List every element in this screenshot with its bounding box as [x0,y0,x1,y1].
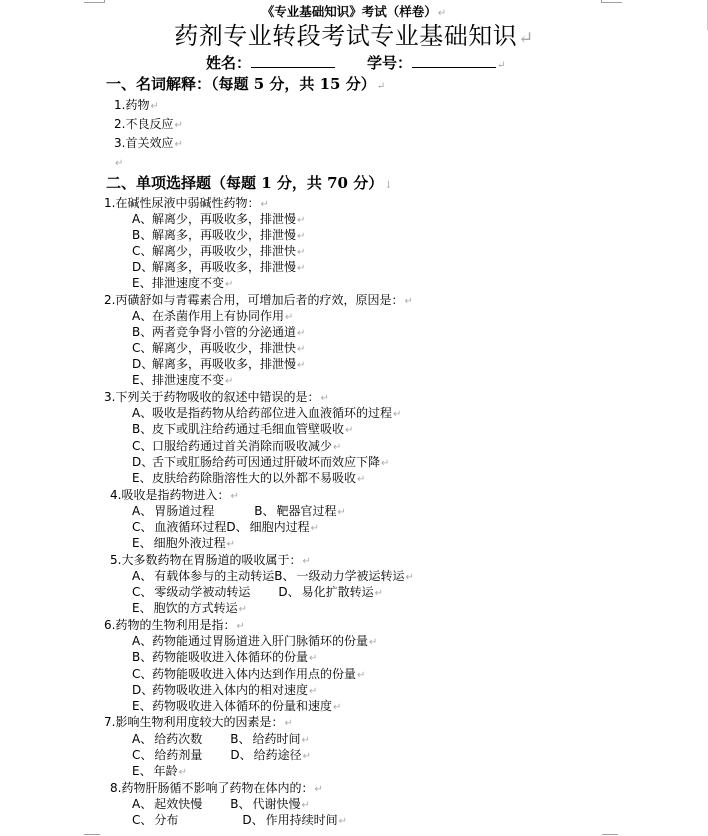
paragraph-mark-icon: ↵ [236,621,244,632]
option-label: C、 [132,812,152,828]
paragraph-mark-icon: ↵ [369,637,377,648]
option-label: A、 [132,308,152,324]
paragraph-mark-icon: ↵ [438,8,446,19]
option-label: A、 [132,731,152,747]
option-label: B、 [254,503,274,519]
section-heading-definitions: 一、名词解释：（每题 5 分，共 15 分）↵ [106,73,385,98]
option-e: E、排泄速度不变↵ [132,275,233,293]
paragraph-mark-icon: ↵ [375,588,383,599]
option-row: C、分布D、作用持续时间↵ [132,812,347,830]
option-label: E、 [132,535,152,551]
paragraph-mark-icon: ↵ [337,507,345,518]
option-text: 血液循环过程 [154,520,226,534]
option-text: 排泄速度不变 [152,373,224,387]
paragraph-mark-icon: ↵ [381,458,389,469]
paragraph-mark-icon: ↵ [297,344,305,355]
paragraph-mark-icon: ↵ [297,328,305,339]
option-text: 药物能通过胃肠道进入肝门脉循环的份量 [152,634,368,648]
option-label: A、 [132,568,152,584]
paragraph-mark-icon: ↵ [314,784,322,795]
option-label: A、 [132,633,152,649]
option-text: 细胞外液过程 [154,536,226,550]
paragraph-mark-icon: ↵ [357,670,365,681]
option-label: B、 [132,324,152,340]
option-text: 起效快慢 [154,797,202,811]
paragraph-mark-icon: ↵ [225,376,233,387]
paragraph-mark-icon: ↵ [320,393,328,404]
option-text: 药物吸收进入体内的相对速度 [152,683,308,697]
paragraph-mark-icon: ↵ [239,604,247,615]
option-label: B、 [274,568,294,584]
paragraph-mark-icon: ↵ [284,718,292,729]
paragraph-mark-icon: ↵ [357,474,365,485]
option-text: 给药次数 [154,732,202,746]
student-id-field[interactable] [412,51,496,68]
option-text: 解离多，再吸收多，排泄慢 [152,260,296,274]
option-label: E、 [132,275,152,291]
option-text: 分布 [154,813,178,827]
option-text: 易化扩散转运 [302,585,374,599]
option-label: E、 [132,600,152,616]
name-field[interactable] [251,51,335,68]
paragraph-mark-icon: ↵ [225,279,233,290]
option-text: 给药时间 [252,732,300,746]
option-text: 排泄速度不变 [152,276,224,290]
option-text: 年龄 [154,764,178,778]
option-label: D、 [278,584,299,600]
name-label: 姓名： [206,54,251,72]
option-label: D、 [132,454,152,470]
student-id-label: 学号： [367,54,412,72]
paragraph-mark-icon: ↵ [150,101,158,112]
paragraph-mark-icon: ↵ [297,215,305,226]
paragraph-mark-icon: ↵ [311,523,319,534]
paragraph-mark-icon: ↵ [309,653,317,664]
paragraph-mark-icon: ↵ [377,81,385,92]
option-label: C、 [132,340,152,356]
option-row: E、细胞外液过程↵ [132,535,235,553]
option-label: E、 [132,372,152,388]
option-label: C、 [132,519,152,535]
document-title: 药剂专业转段考试专业基础知识↵ [0,20,708,55]
option-text: 解离少，再吸收少，排泄快 [152,341,296,355]
option-label: E、 [132,698,152,714]
paragraph-mark-icon: ↵ [301,735,309,746]
option-label: B、 [132,649,152,665]
paragraph-mark-icon: ↵ [227,539,235,550]
option-text: 胃肠道过程 [154,504,214,518]
option-label: D、 [132,682,152,698]
question-stem: 7.影响生物利用度较大的因素是：↵ [104,714,293,732]
paragraph-mark-icon: ↵ [393,409,401,420]
paragraph-mark-icon: ↵ [339,816,347,827]
option-e: E、皮肤给药除脂溶性大的以外都不易吸收↵ [132,470,365,488]
option-text: 吸收是指药物从给药部位进入血液循环的过程 [152,406,392,420]
option-label: A、 [132,503,152,519]
option-text: 解离多，再吸收多，排泄慢 [152,357,296,371]
option-label: D、 [132,259,152,275]
option-text: 解离少，再吸收少，排泄快 [152,244,296,258]
option-text: 靶器官过程 [276,504,336,518]
option-label: E、 [132,470,152,486]
option-label: B、 [132,227,152,243]
paragraph-mark-icon: ↵ [333,702,341,713]
option-b: B、皮下或肌注给药通过毛细血管壁吸收↵ [132,421,353,439]
line-break-icon: ↓ [384,180,392,191]
paragraph-mark-icon: ↵ [518,28,534,49]
paragraph-mark-icon: ↵ [174,120,182,131]
option-row: E、年龄↵ [132,763,187,781]
paragraph-mark-icon: ↵ [285,312,293,323]
option-label: A、 [132,405,152,421]
option-label: D、 [242,812,263,828]
option-label: C、 [132,438,152,454]
option-text: 在杀菌作用上有协同作用 [152,309,284,323]
option-text: 给药途径 [254,748,302,762]
option-label: E、 [132,763,152,779]
paragraph-mark-icon: ↵ [404,296,412,307]
option-text: 一级动力学被运转运 [296,569,404,583]
paragraph-mark-icon: ↵ [115,158,123,169]
definition-item: 2.不良反应↵ [114,116,183,134]
paragraph-mark-icon: ↵ [333,442,341,453]
paragraph-mark-icon: ↵ [303,751,311,762]
paragraph-mark-icon: ↵ [302,556,310,567]
option-text: 舌下或肛肠给药可因通过肝破坏而效应下降 [152,455,380,469]
option-b: B、药物能吸收进入体循环的份量↵ [132,649,317,667]
paragraph-mark-icon: ↵ [179,767,187,778]
option-text: 口服给药通过首关消除而吸收减少 [152,439,332,453]
option-row: E、胞饮的方式转运↵ [132,600,247,618]
empty-paragraph: ↵ [114,154,123,172]
option-label: C、 [132,584,152,600]
option-text: 药物能吸收进入体循环的份量 [152,650,308,664]
option-e: E、排泄速度不变↵ [132,372,233,390]
option-text: 皮下或肌注给药通过毛细血管壁吸收 [152,422,344,436]
paragraph-mark-icon: ↵ [405,572,413,583]
paragraph-mark-icon: ↵ [345,425,353,436]
option-text: 解离多，再吸收少，排泄慢 [152,228,296,242]
option-text: 药物吸收进入体循环的份量和速度 [152,699,332,713]
option-text: 有载体参与的主动转运 [154,569,274,583]
option-text: 代谢快慢 [252,797,300,811]
paragraph-mark-icon: ↵ [301,800,309,811]
option-text: 细胞内过程 [250,520,310,534]
option-label: A、 [132,211,152,227]
paragraph-mark-icon: ↵ [309,686,317,697]
paragraph-mark-icon: ↵ [297,263,305,274]
option-text: 皮肤给药除脂溶性大的以外都不易吸收 [152,471,356,485]
option-text: 作用持续时间 [266,813,338,827]
definition-item: 3.首关效应↵ [114,135,183,153]
option-label: B、 [230,731,250,747]
option-label: D、 [226,519,247,535]
option-label: B、 [132,421,152,437]
option-label: D、 [132,356,152,372]
option-label: B、 [230,796,250,812]
paragraph-mark-icon: ↵ [297,360,305,371]
option-label: D、 [230,747,251,763]
option-text: 给药剂量 [154,748,202,762]
definition-item: 1.药物↵ [114,97,159,115]
paragraph-mark-icon: ↵ [174,139,182,150]
option-label: C、 [132,747,152,763]
option-text: 药物能吸收进入体内达到作用点的份量 [152,667,356,681]
paragraph-mark-icon: ↵ [260,199,268,210]
option-text: 胞饮的方式转运 [154,601,238,615]
paragraph-mark-icon: ↵ [230,491,238,502]
option-label: A、 [132,796,152,812]
paragraph-mark-icon: ↵ [297,247,305,258]
paragraph-mark-icon: ↵ [497,60,505,71]
option-text: 零级动学被动转运 [154,585,250,599]
paragraph-mark-icon: ↵ [297,231,305,242]
option-label: C、 [132,666,152,682]
option-text: 两者竞争肾小管的分泌通道 [152,325,296,339]
option-label: C、 [132,243,152,259]
section-heading-single-choice: 二、单项选择题（每题 1 分，共 70 分）↓ [106,172,393,197]
option-text: 解离少，再吸收多，排泄慢 [152,212,296,226]
